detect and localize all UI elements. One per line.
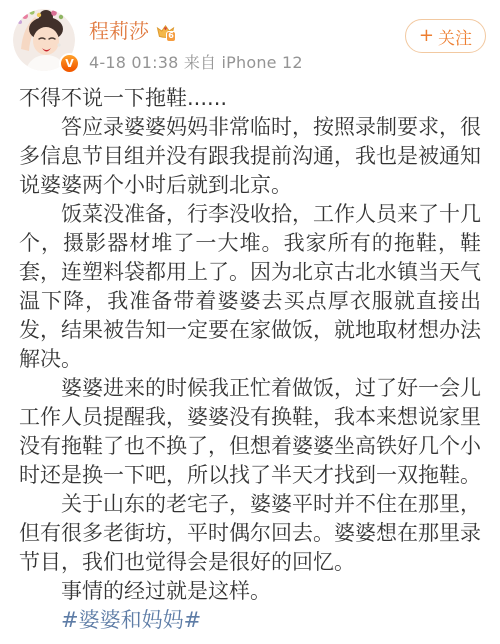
- source-prefix: 来自: [184, 53, 216, 72]
- avatar[interactable]: V: [13, 9, 75, 71]
- post-paragraph: 关于山东的老宅子，婆婆平时并不住在那里，但有很多老街坊，平时偶尔回去。婆婆想在那…: [19, 490, 481, 577]
- post-paragraph: 答应录婆婆妈妈非常临时，按照录制要求，很多信息节目组并没有跟我提前沟通，我也是被…: [19, 113, 481, 200]
- vip-crown-icon: 6: [155, 21, 176, 42]
- follow-button-label: 关注: [438, 24, 472, 49]
- author-name[interactable]: 程莉莎: [89, 20, 149, 42]
- weibo-post: V 程莉莎 6 4-18 01:38 来自 iPhone 12 +: [0, 0, 500, 644]
- post-header: V 程莉莎 6 4-18 01:38 来自 iPhone 12 +: [0, 0, 500, 73]
- vip-level-badge: 6: [166, 31, 176, 42]
- hashtag-link[interactable]: #婆婆和妈妈#: [19, 606, 481, 635]
- verified-v-icon: V: [59, 53, 80, 74]
- post-content: 不得不说一下拖鞋...... 答应录婆婆妈妈非常临时，按照录制要求，很多信息节目…: [0, 73, 500, 635]
- source-link[interactable]: iPhone 12: [222, 53, 303, 72]
- post-paragraph: 不得不说一下拖鞋......: [19, 84, 481, 113]
- plus-icon: +: [419, 27, 434, 45]
- post-meta: 4-18 01:38 来自 iPhone 12: [89, 50, 487, 73]
- follow-button[interactable]: + 关注: [405, 19, 486, 53]
- post-paragraph: 饭菜没准备，行李没收拾，工作人员来了十几个，摄影器材堆了一大堆。我家所有的拖鞋，…: [19, 200, 481, 374]
- post-timestamp: 4-18 01:38: [89, 53, 179, 72]
- post-paragraph: 事情的经过就是这样。: [19, 577, 481, 606]
- post-paragraph: 婆婆进来的时候我正忙着做饭，过了好一会儿工作人员提醒我，婆婆没有换鞋，我本来想说…: [19, 374, 481, 490]
